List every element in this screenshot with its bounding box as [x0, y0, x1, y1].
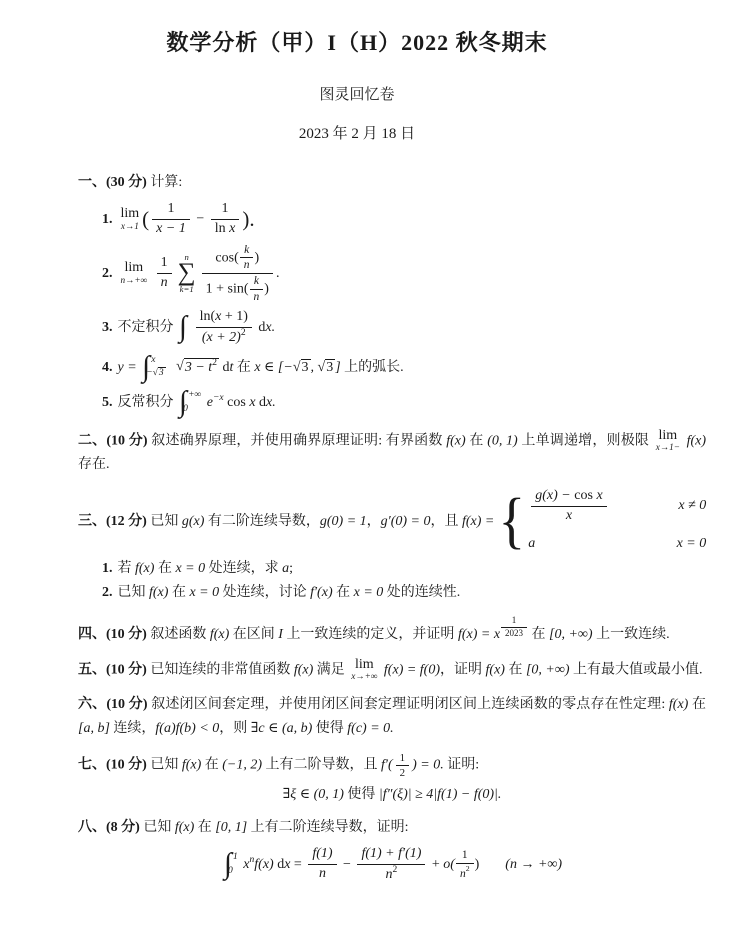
cjk-text: 满足 — [317, 662, 345, 677]
denominator: ln x — [211, 220, 240, 238]
integral-limits: +∞0 — [188, 390, 201, 416]
variable-x: x — [229, 221, 235, 236]
cjk-text: 处连续，求 — [209, 561, 279, 576]
math-run: g(x) — [182, 514, 205, 529]
math-run: ∃c ∈ (a, b) — [251, 721, 313, 736]
fraction: ln(x + 1)(x + 2)2 — [196, 309, 252, 347]
display-equation-8: ∫10 xnf(x) dx = f(1)n − f(1) + f′(1)n2 +… — [78, 846, 706, 884]
fraction: g(x) − cos xx — [531, 488, 606, 525]
variable-x: x. — [266, 395, 276, 410]
lim-word: lim — [121, 261, 148, 276]
section-5: 五、(10 分) 已知连续的非常值函数 f(x) 满足 limx→+∞ f(x)… — [78, 658, 706, 682]
display-equation-7: ∃ξ ∈ (0, 1) 使得 |f″(ξ)| ≥ 4|f(1) − f(0)|. — [78, 785, 706, 805]
math-run: f(x) — [669, 697, 688, 712]
denominator: (x + 2)2 — [196, 328, 252, 347]
denominator: n — [240, 258, 254, 272]
exponent-fraction: 12023 — [500, 620, 528, 635]
section-1-heading: 一、(30 分) 计算: — [78, 171, 706, 195]
exponent: −x — [213, 393, 224, 403]
math-run: , √ — [311, 360, 326, 375]
sum-lower: k=1 — [178, 285, 196, 294]
variable-x: x — [249, 395, 255, 410]
section-1-intro: 计算: — [150, 175, 182, 190]
lim-subscript: x→1− — [656, 443, 680, 453]
math-run: f(x) — [446, 433, 465, 448]
exponent: 2 — [212, 358, 217, 368]
cjk-text: 有二阶连续导数， — [208, 514, 320, 529]
cjk-text: 使得 — [316, 721, 344, 736]
variable-x: x. — [265, 320, 275, 335]
numerator: g(x) − cos x — [531, 488, 606, 507]
problem-3: 3.不定积分 ∫ ln(x + 1)(x + 2)2 dx. — [102, 309, 706, 347]
section-6-points: (10 分) — [106, 697, 147, 712]
math-run: f(x) = x — [458, 627, 500, 642]
math-run: f′(x) — [310, 585, 333, 600]
limit-operator: limx→1− — [656, 429, 680, 453]
math-run: (n → +∞) — [505, 857, 562, 872]
inner-fraction: 1n2 — [456, 849, 474, 880]
cjk-text: 存在. — [78, 457, 110, 472]
piecewise-row: g(x) − cos xxx ≠ 0 — [528, 488, 706, 525]
cjk-text: 在 — [692, 697, 706, 712]
cos-operator: cos — [574, 488, 593, 503]
cjk-text: 已知 — [150, 514, 178, 529]
equation-lhs: y = — [118, 360, 137, 375]
cjk-text: 上有最大值或最小值. — [573, 662, 703, 677]
integral: ∫x−√3 — [142, 353, 170, 382]
cjk-text: 上的弧长. — [344, 360, 404, 375]
math-run: ] — [335, 360, 340, 375]
cjk-text: 已知连续的非常值函数 — [150, 662, 290, 677]
equals-sign: = — [294, 857, 302, 872]
base: (x + 2) — [202, 330, 241, 345]
numerator: 1 — [152, 201, 190, 220]
section-4-label: 四、 — [78, 627, 106, 642]
cjk-text: ，且 — [431, 514, 459, 529]
section-7-points: (10 分) — [106, 758, 147, 773]
math-run: f(x) — [182, 758, 201, 773]
lower-limit: 0 — [228, 867, 233, 877]
radical-symbol: √ — [176, 358, 184, 376]
problem-5-text: 反常积分 — [118, 395, 174, 410]
problem-1: 1.limx→1(1x − 1 − 1ln x). — [102, 201, 706, 238]
cjk-text: ，证明 — [440, 662, 482, 677]
item-number: 5. — [102, 395, 113, 410]
integral-limits: 10 — [233, 852, 238, 878]
cjk-text: 使得 — [347, 787, 375, 802]
numerator: ln(x + 1) — [196, 309, 252, 328]
cjk-text: 处的连续性. — [387, 585, 461, 600]
numerator: 1 — [501, 616, 527, 627]
lim-word: lim — [351, 658, 377, 673]
math-run: x = 0 — [354, 585, 384, 600]
math-run: f(x) — [687, 433, 706, 448]
denominator: x − 1 — [152, 220, 190, 238]
exam-date: 2023 年 2 月 18 日 — [38, 122, 676, 143]
lim-word: lim — [121, 207, 140, 222]
cjk-text: 若 — [118, 561, 132, 576]
math-run: f(x) — [210, 627, 229, 642]
cjk-text: 已知 — [143, 820, 171, 835]
minus-sign: − — [343, 857, 351, 872]
page-title: 数学分析（甲）I（H）2022 秋冬期末 — [38, 26, 676, 57]
math-run: g(x) − — [535, 488, 571, 503]
cjk-text: 在 — [237, 360, 251, 375]
piecewise-condition: x ≠ 0 — [678, 494, 706, 518]
numerator: k — [250, 275, 264, 290]
exam-document: 数学分析（甲）I（H）2022 秋冬期末 图灵回忆卷 2023 年 2 月 18… — [0, 0, 736, 932]
denominator: 1 + sin(kn) — [202, 274, 273, 303]
upper-limit: +∞ — [188, 391, 201, 401]
inner-fraction: kn — [250, 275, 264, 303]
exponent: 2 — [241, 328, 246, 338]
item-number: 1. — [102, 561, 113, 576]
section-7: 七、(10 分) 已知 f(x) 在 (−1, 2) 上有二阶导数，且 f′(1… — [78, 752, 706, 779]
fraction: f(1) + f′(1)n2 — [357, 846, 425, 884]
little-o: o( — [443, 857, 455, 872]
math-run: x = 0 — [189, 585, 219, 600]
cjk-text: 叙述确界原理，并使用确界原理证明: 有界函数 — [151, 433, 442, 448]
cjk-text: 在 — [469, 433, 483, 448]
integral-limits: x−√3 — [151, 355, 170, 381]
math-run: f(x) — [149, 585, 168, 600]
math-run: f(x) — [135, 561, 154, 576]
problem-3-text: 不定积分 — [118, 320, 174, 335]
cjk-text: 上一致连续的定义，并证明 — [286, 627, 454, 642]
math-run: x ∈ [−√ — [254, 360, 300, 375]
radicand: 3 — [158, 367, 166, 379]
close-paren: ) — [264, 281, 269, 296]
item-number: 1. — [102, 212, 113, 227]
piecewise-brace: { — [498, 495, 525, 548]
math-run: (−1, 2) — [222, 758, 262, 773]
minus-sign: − — [196, 212, 204, 227]
numerator: 1 — [456, 849, 474, 864]
close-paren: ). — [242, 207, 254, 231]
problem-5: 5.反常积分 ∫+∞0 e−x cos x dx. — [102, 388, 706, 417]
problem-3-2: 2.已知 f(x) 在 x = 0 处连续，讨论 f′(x) 在 x = 0 处… — [102, 582, 706, 604]
section-5-points: (10 分) — [106, 662, 147, 677]
problem-4: 4.y = ∫x−√3 √3 − t2 dt 在 x ∈ [−√3, √3] 上… — [102, 353, 706, 382]
minus-sqrt: −√ — [146, 368, 158, 378]
math-run: [0, 1] — [215, 820, 247, 835]
item-number: 3. — [102, 320, 113, 335]
close-paren: ) — [254, 250, 259, 265]
problem-2: 2.limn→+∞ 1nn∑k=1cos(kn)1 + sin(kn). — [102, 244, 706, 304]
math-run: f(x) = f(0) — [384, 662, 440, 677]
ln-operator: ln — [215, 221, 226, 236]
math-run: f(x) = — [462, 514, 494, 529]
section-6-label: 六、 — [78, 697, 106, 712]
upper-limit: 1 — [233, 853, 238, 863]
integral: ∫+∞0 — [179, 388, 201, 417]
denominator: n — [308, 865, 336, 883]
piecewise-condition: x = 0 — [677, 532, 707, 556]
math-run: f(a)f(b) < 0 — [155, 721, 219, 736]
lower-limit: −√3 — [146, 367, 165, 379]
period: . — [276, 266, 280, 281]
inner-fraction: kn — [240, 244, 254, 272]
math-run: |f″(ξ)| ≥ 4|f(1) − f(0)|. — [379, 787, 502, 802]
section-2-label: 二、 — [78, 433, 106, 448]
sum-symbol: ∑ — [178, 261, 196, 285]
lim-word: lim — [656, 429, 680, 444]
section-3: 三、(12 分) 已知 g(x) 有二阶连续导数，g(0) = 1，g′(0) … — [78, 488, 733, 556]
math-run: a — [528, 532, 535, 556]
section-8-label: 八、 — [78, 820, 106, 835]
cjk-text: 上单调递增，则极限 — [521, 433, 649, 448]
cjk-text: 处连续，讨论 — [223, 585, 307, 600]
limit-operator: limn→+∞ — [121, 261, 148, 285]
math-run: f(x) — [175, 820, 194, 835]
math-run: [a, b] — [78, 721, 110, 736]
section-4: 四、(10 分) 叙述函数 f(x) 在区间 I 上一致连续的定义，并证明 f(… — [78, 616, 706, 647]
denominator: 2 — [396, 766, 409, 779]
fraction: 1ln x — [211, 201, 240, 238]
section-8-points: (8 分) — [106, 820, 140, 835]
denominator: n — [157, 274, 172, 292]
exponent: 2 — [393, 865, 398, 875]
section-7-label: 七、 — [78, 758, 106, 773]
denominator: x — [531, 507, 606, 525]
fraction: 1n — [157, 255, 172, 292]
math-run: [0, +∞) — [549, 627, 593, 642]
item-number: 2. — [102, 585, 113, 600]
cjk-text: 连续， — [113, 721, 155, 736]
math-run: g′(0) = 0 — [381, 514, 431, 529]
upper-limit: x — [151, 356, 170, 366]
big-fraction: cos(kn)1 + sin(kn) — [202, 244, 273, 304]
cjk-text: 已知 — [150, 758, 178, 773]
section-3-points: (12 分) — [106, 514, 147, 529]
cjk-text: 在 — [336, 585, 350, 600]
semicolon: ; — [289, 561, 293, 576]
math-run: [0, +∞) — [526, 662, 570, 677]
piecewise-function: {g(x) − cos xxx ≠ 0ax = 0 — [498, 488, 706, 556]
numerator: 1 — [157, 255, 172, 274]
text: + 1) — [221, 309, 248, 324]
denominator: n2 — [456, 864, 474, 881]
section-2: 二、(10 分) 叙述确界原理，并使用确界原理证明: 有界函数 f(x) 在 (… — [78, 429, 706, 478]
variable-x: x — [284, 857, 290, 872]
radicand-expr: 3 − t — [185, 360, 212, 375]
section-6: 六、(10 分) 叙述闭区间套定理，并使用闭区间套定理证明闭区间上连续函数的零点… — [78, 693, 706, 741]
section-1-points: (30 分) — [106, 175, 147, 190]
comma: ， — [367, 514, 381, 529]
summation: n∑k=1 — [178, 253, 196, 294]
radicand: 3 − t2 — [184, 358, 219, 376]
numerator: f(1) + f′(1) — [357, 846, 425, 865]
cjk-text: 在 — [198, 820, 212, 835]
fraction: 12023 — [501, 616, 527, 638]
piecewise-rows: g(x) − cos xxx ≠ 0ax = 0 — [528, 488, 706, 556]
limit-operator: limx→+∞ — [351, 658, 377, 682]
open-paren: ( — [142, 207, 149, 231]
section-1-label: 一、 — [78, 175, 106, 190]
numerator: k — [240, 244, 254, 259]
sin-operator: 1 + sin( — [206, 281, 249, 296]
cjk-text: 叙述闭区间套定理，并使用闭区间套定理证明闭区间上连续函数的零点存在性定理: — [151, 697, 665, 712]
lim-subscript: n→+∞ — [121, 276, 148, 286]
math-run: ) = 0. — [412, 758, 444, 773]
problem-3-1: 1.若 f(x) 在 x = 0 处连续，求 a; — [102, 558, 706, 580]
math-run: g(0) = 1 — [320, 514, 367, 529]
section-4-points: (10 分) — [106, 627, 147, 642]
math-run: f(c) = 0. — [347, 721, 393, 736]
integral: ∫10 — [224, 850, 238, 879]
cos-operator: cos — [227, 395, 246, 410]
close-paren: ) — [475, 857, 480, 872]
cjk-text: 上有二阶连续导数，证明: — [251, 820, 409, 835]
integral-symbol: ∫ — [179, 313, 187, 342]
math-run: ∃ξ ∈ (0, 1) — [283, 787, 344, 802]
plus-sign: + — [432, 857, 440, 872]
numerator: cos(kn) — [202, 244, 273, 274]
cjk-text: 在 — [532, 627, 546, 642]
item-number: 4. — [102, 360, 113, 375]
base: n — [386, 867, 393, 882]
variable-t: t — [229, 360, 233, 375]
item-number: 2. — [102, 266, 113, 281]
numerator: 1 — [396, 752, 409, 766]
denominator: n — [250, 290, 264, 304]
piecewise-row: ax = 0 — [528, 532, 706, 556]
cjk-text: 上有二阶导数，且 — [266, 758, 378, 773]
fraction: f(1)n — [308, 846, 336, 883]
cjk-text: 在 — [205, 758, 219, 773]
differential-d: d — [259, 395, 266, 410]
denominator: n2 — [357, 865, 425, 884]
section-3-label: 三、 — [78, 514, 106, 529]
cjk-text: 上一致连续. — [596, 627, 670, 642]
math-run: f(x) — [254, 857, 273, 872]
section-5-label: 五、 — [78, 662, 106, 677]
variable-x: x — [596, 488, 602, 503]
cos-operator: cos( — [215, 250, 238, 265]
math-run: I — [278, 627, 283, 642]
exponent: 2 — [466, 864, 470, 873]
cjk-text: 叙述函数 — [150, 627, 206, 642]
denominator: 2023 — [501, 628, 527, 638]
cjk-text: 证明: — [447, 758, 479, 773]
lim-subscript: x→1 — [121, 222, 140, 232]
section-8: 八、(8 分) 已知 f(x) 在 [0, 1] 上有二阶连续导数，证明: — [78, 816, 706, 840]
cjk-text: 在 — [172, 585, 186, 600]
math-run: f(x) — [294, 662, 313, 677]
section-2-points: (10 分) — [106, 433, 147, 448]
ln-operator: ln( — [200, 309, 216, 324]
subtitle: 图灵回忆卷 — [38, 83, 676, 104]
lim-subscript: x→+∞ — [351, 672, 377, 682]
integral: ∫ — [179, 313, 187, 342]
fraction: 1x − 1 — [152, 201, 190, 238]
radical: √3 − t2 — [176, 360, 219, 375]
radicand: 3 — [325, 359, 335, 376]
math-run: (0, 1) — [487, 433, 518, 448]
math-run: f(x) — [486, 662, 505, 677]
limit-operator: limx→1 — [121, 207, 140, 231]
cjk-text: 在 — [508, 662, 522, 677]
cjk-text: 在区间 — [233, 627, 275, 642]
numerator: f(1) — [308, 846, 336, 865]
cjk-text: 在 — [158, 561, 172, 576]
math-run: f′( — [381, 758, 393, 773]
cjk-text: ，则 — [219, 721, 247, 736]
numerator: 1 — [211, 201, 240, 220]
math-run: x = 0 — [175, 561, 205, 576]
lower-limit: 0 — [183, 405, 196, 415]
cjk-text: 已知 — [118, 585, 146, 600]
radicand: 3 — [301, 359, 311, 376]
inline-fraction: 12 — [396, 752, 409, 779]
